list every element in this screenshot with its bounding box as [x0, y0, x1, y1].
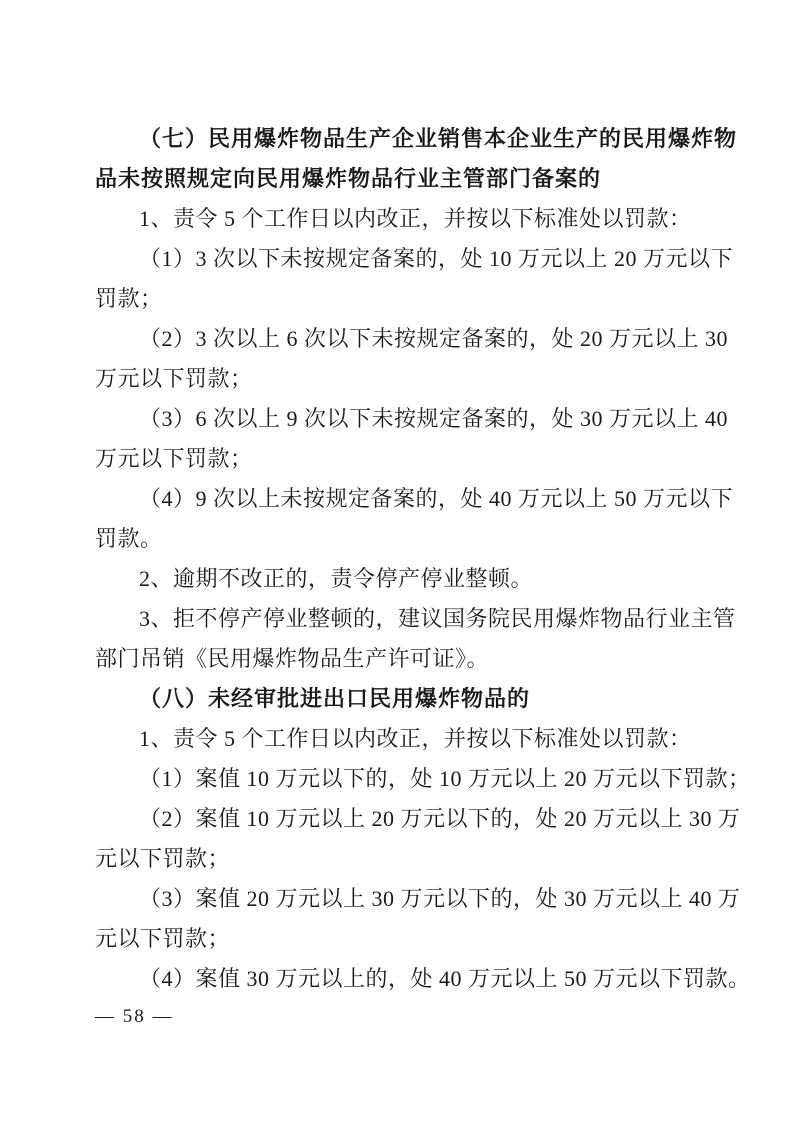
document-page: （七）民用爆炸物品生产企业销售本企业生产的民用爆炸物 品未按照规定向民用爆炸物品… [0, 0, 793, 1122]
clause-line: 罚款。 [95, 519, 707, 559]
clause-line: （2）案值 10 万元以上 20 万元以下的，处 20 万元以上 30 万 [95, 799, 707, 839]
clause-line: （1）案值 10 万元以下的，处 10 万元以上 20 万元以下罚款； [95, 759, 707, 799]
section-7-heading-line: 品未按照规定向民用爆炸物品行业主管部门备案的 [95, 159, 707, 199]
clause-line: 1、责令 5 个工作日以内改正，并按以下标准处以罚款： [95, 719, 707, 759]
clause-line: 罚款； [95, 279, 707, 319]
clause-line: （3）6 次以上 9 次以下未按规定备案的，处 30 万元以上 40 [95, 399, 707, 439]
clause-line: （4）9 次以上未按规定备案的，处 40 万元以上 50 万元以下 [95, 479, 707, 519]
clause-line: （3）案值 20 万元以上 30 万元以下的，处 30 万元以上 40 万 [95, 879, 707, 919]
clause-line: （4）案值 30 万元以上的，处 40 万元以上 50 万元以下罚款。 [95, 959, 707, 999]
clause-line: 3、拒不停产停业整顿的，建议国务院民用爆炸物品行业主管 [95, 599, 707, 639]
clause-line: 1、责令 5 个工作日以内改正，并按以下标准处以罚款： [95, 199, 707, 239]
clause-line: 部门吊销《民用爆炸物品生产许可证》。 [95, 639, 707, 679]
document-body: （七）民用爆炸物品生产企业销售本企业生产的民用爆炸物 品未按照规定向民用爆炸物品… [95, 119, 707, 999]
clause-line: （2）3 次以上 6 次以下未按规定备案的，处 20 万元以上 30 [95, 319, 707, 359]
section-7-heading-line: （七）民用爆炸物品生产企业销售本企业生产的民用爆炸物 [95, 119, 707, 159]
clause-line: 万元以下罚款； [95, 359, 707, 399]
clause-line: 2、逾期不改正的，责令停产停业整顿。 [95, 559, 707, 599]
clause-line: （1）3 次以下未按规定备案的，处 10 万元以上 20 万元以下 [95, 239, 707, 279]
section-8-heading-line: （八）未经审批进出口民用爆炸物品的 [95, 679, 707, 719]
page-number: — 58 — [95, 1003, 174, 1031]
clause-line: 元以下罚款； [95, 919, 707, 959]
clause-line: 元以下罚款； [95, 839, 707, 879]
clause-line: 万元以下罚款； [95, 439, 707, 479]
